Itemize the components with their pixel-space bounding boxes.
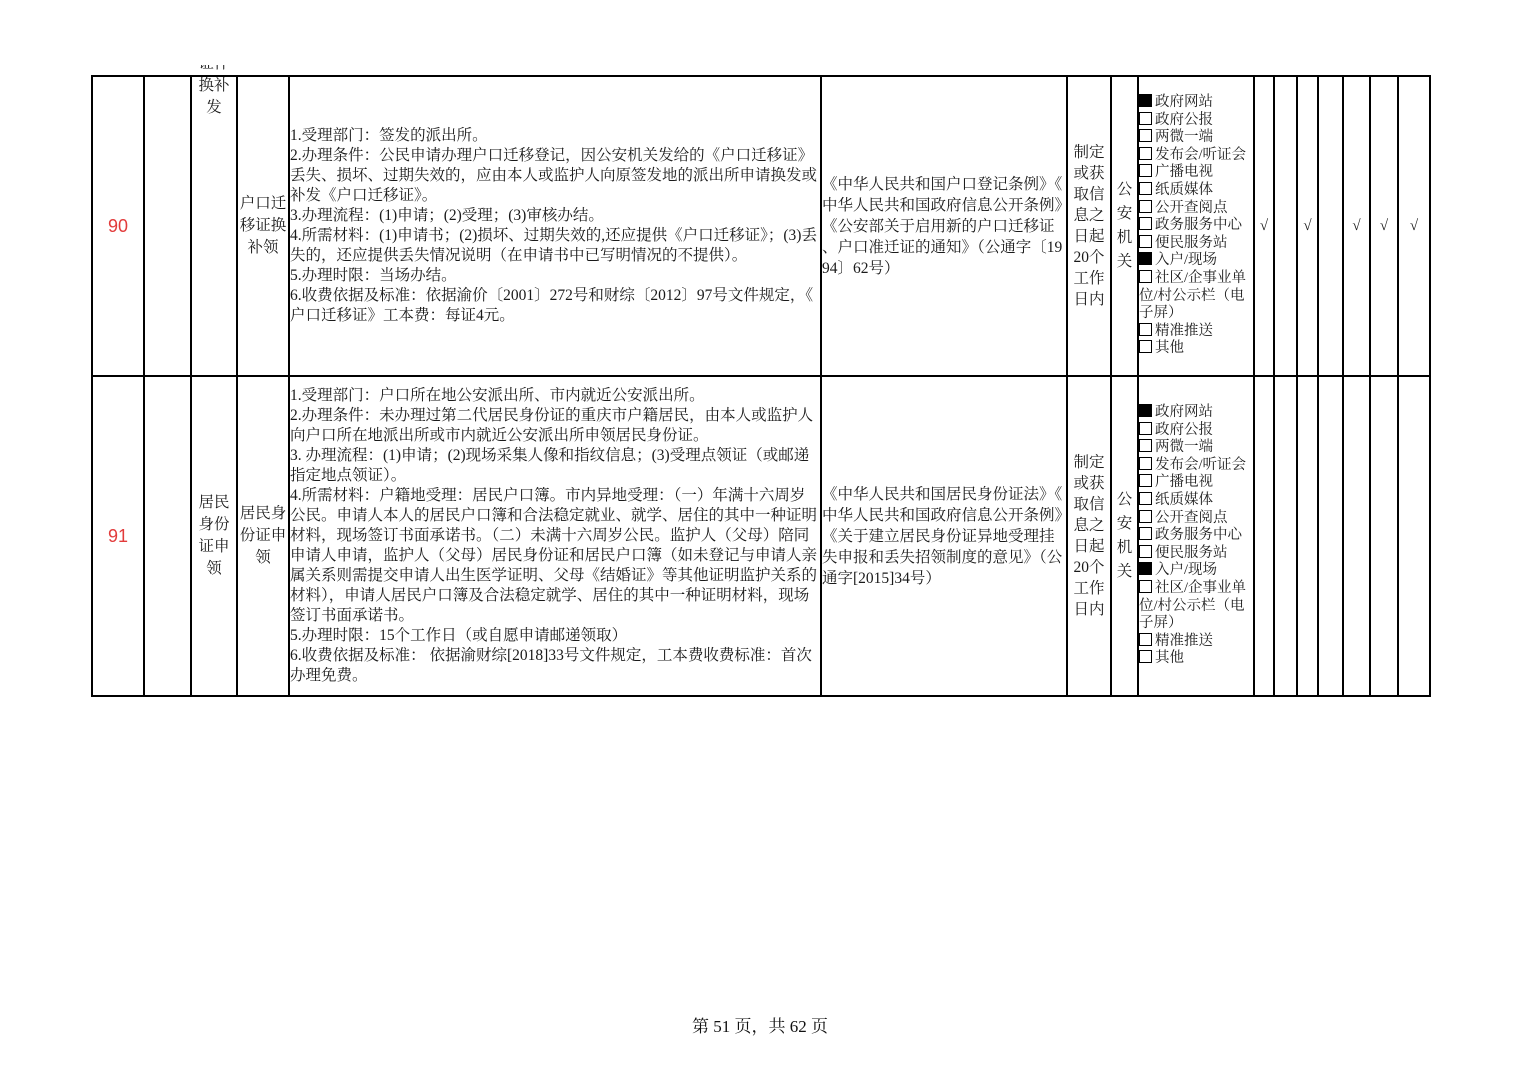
checkmark-cell (1318, 376, 1343, 696)
category-text: 居民身份证申领 (198, 492, 231, 580)
channel-label: 发布会/听证会 (1155, 457, 1246, 473)
time-limit-text: 制定或获取信息之日起20个工作日内 (1073, 142, 1106, 310)
procedure-line: 4.所需材料：(1)申请书；(2)损坏、过期失效的,还应提供《户口迁移证》；(3… (290, 226, 820, 266)
checkbox-icon (1139, 200, 1152, 213)
checkbox-icon (1139, 457, 1152, 470)
procedure-line: 2.办理条件：公民申请办理户口迁移登记，因公安机关发给的《户口迁移证》丢失、损坏… (290, 146, 820, 206)
checkbox-icon (1139, 270, 1152, 283)
checkbox-icon (1139, 562, 1152, 575)
legal-basis-cell: 《中华人民共和国居民身份证法》《中华人民共和国政府信息公开条例》《关于建立居民身… (821, 376, 1067, 696)
channels-cell: 政府网站 政府公报 两微一端 发布会/听证会 广播电视 纸质媒体 公开查阅点 政… (1138, 376, 1254, 696)
procedure-line: 5.办理时限：15个工作日（或自愿申请邮递领取） (290, 626, 820, 646)
procedure-cell: 1.受理部门：签发的派出所。 2.办理条件：公民申请办理户口迁移登记，因公安机关… (289, 76, 821, 376)
channel-item: 入户/现场 (1139, 252, 1253, 270)
channel-item: 政府网站 (1139, 94, 1253, 112)
channel-item: 入户/现场 (1139, 562, 1253, 580)
time-limit-cell: 制定或获取信息之日起20个工作日内 (1067, 76, 1111, 376)
checkmark-cell (1318, 76, 1343, 376)
item-name-cell: 户口迁移证换补领 (237, 76, 289, 376)
channel-label: 政府网站 (1155, 404, 1213, 420)
checkbox-icon (1139, 182, 1152, 195)
table-row: 90 证件 换补发 户口迁移证换补领 1.受理部门：签发的派出所。 2.办理条件… (92, 76, 1430, 376)
channel-item: 精准推送 (1139, 633, 1253, 651)
channel-label: 公开查阅点 (1155, 510, 1228, 526)
channel-label: 其他 (1155, 650, 1184, 666)
spacer-cell (144, 376, 191, 696)
checkbox-icon (1139, 404, 1152, 417)
procedure-line: 4.所需材料：户籍地受理：居民户口簿。市内异地受理：（一）年满十六周岁公民。申请… (290, 486, 820, 626)
channel-label: 纸质媒体 (1155, 182, 1213, 198)
item-name-text: 居民身份证申领 (239, 503, 287, 569)
channel-item: 两微一端 (1139, 439, 1253, 457)
item-name-text: 户口迁移证换补领 (239, 193, 287, 259)
checkbox-icon (1139, 323, 1152, 336)
channel-item: 两微一端 (1139, 129, 1253, 147)
checkmark-cell (1274, 376, 1297, 696)
checkmark: √ (1303, 218, 1311, 234)
checkmark-cell (1297, 376, 1318, 696)
agency-text: 公安机关 (1116, 488, 1133, 584)
channel-label: 政府公报 (1155, 422, 1213, 438)
checkbox-icon (1139, 650, 1152, 663)
channel-label: 其他 (1155, 340, 1184, 356)
checkbox-icon (1139, 545, 1152, 558)
page-number-footer: 第 51 页，共 62 页 (0, 1012, 1520, 1037)
checkbox-icon (1139, 340, 1152, 353)
procedure-cell: 1.受理部门：户口所在地公安派出所、市内就近公安派出所。 2.办理条件：未办理过… (289, 376, 821, 696)
document-page: 90 证件 换补发 户口迁移证换补领 1.受理部门：签发的派出所。 2.办理条件… (0, 0, 1520, 1074)
checkbox-icon (1139, 217, 1152, 230)
checkbox-icon (1139, 147, 1152, 160)
spacer-cell (144, 76, 191, 376)
checkbox-icon (1139, 422, 1152, 435)
procedure-line: 6.收费依据及标准：依据渝价〔2001〕272号和财综〔2012〕97号文件规定… (290, 286, 820, 326)
table-row: 91 居民身份证申领 居民身份证申领 1.受理部门：户口所在地公安派出所、市内就… (92, 376, 1430, 696)
checkbox-icon (1139, 252, 1152, 265)
category-text: 证件 换补发 (192, 65, 236, 119)
channel-label: 纸质媒体 (1155, 492, 1213, 508)
channel-label: 政府公报 (1155, 112, 1213, 128)
channel-label: 两微一端 (1155, 439, 1213, 455)
procedure-line: 1.受理部门：户口所在地公安派出所、市内就近公安派出所。 (290, 386, 820, 406)
channel-label: 精准推送 (1155, 633, 1213, 649)
channel-item: 发布会/听证会 (1139, 147, 1253, 165)
checkbox-icon (1139, 129, 1152, 142)
time-limit-cell: 制定或获取信息之日起20个工作日内 (1067, 376, 1111, 696)
channel-item: 便民服务站 (1139, 545, 1253, 563)
checkbox-icon (1139, 164, 1152, 177)
checkmark: √ (1410, 218, 1418, 234)
agency-cell: 公安机关 (1111, 376, 1138, 696)
agency-text: 公安机关 (1116, 178, 1133, 274)
checkbox-icon (1139, 235, 1152, 248)
channel-label: 便民服务站 (1155, 235, 1228, 251)
channel-label: 便民服务站 (1155, 545, 1228, 561)
checkmark: √ (1352, 218, 1360, 234)
channel-item: 广播电视 (1139, 474, 1253, 492)
channel-item: 精准推送 (1139, 323, 1253, 341)
checkmark-cell: √ (1343, 76, 1370, 376)
channels-cell: 政府网站 政府公报 两微一端 发布会/听证会 广播电视 纸质媒体 公开查阅点 政… (1138, 76, 1254, 376)
channel-item: 社区/企事业单位/村公示栏（电子屏） (1139, 580, 1253, 633)
procedure-line: 3.办理流程：(1)申请；(2)受理；(3)审核办结。 (290, 206, 820, 226)
checkmark-cell (1274, 76, 1297, 376)
checkmark-cell (1343, 376, 1370, 696)
legal-basis-cell: 《中华人民共和国户口登记条例》《中华人民共和国政府信息公开条例》《公安部关于启用… (821, 76, 1067, 376)
legal-basis-text: 《中华人民共和国户口登记条例》《中华人民共和国政府信息公开条例》《公安部关于启用… (822, 174, 1066, 279)
channel-item: 其他 (1139, 650, 1253, 668)
channel-label: 社区/企事业单位/村公示栏（电子屏） (1139, 580, 1246, 631)
category-cell: 证件 换补发 (191, 76, 237, 376)
checkbox-icon (1139, 94, 1152, 107)
channel-label: 两微一端 (1155, 129, 1213, 145)
procedure-text: 1.受理部门：签发的派出所。 2.办理条件：公民申请办理户口迁移登记，因公安机关… (290, 126, 820, 326)
legal-basis-text: 《中华人民共和国居民身份证法》《中华人民共和国政府信息公开条例》《关于建立居民身… (822, 484, 1066, 589)
seq-cell: 91 (92, 376, 144, 696)
checkmark-cell (1398, 376, 1430, 696)
checkmark-cell: √ (1370, 76, 1398, 376)
checkmark-cell (1254, 376, 1274, 696)
channel-item: 政务服务中心 (1139, 217, 1253, 235)
checkmark: √ (1260, 218, 1268, 234)
category-cell: 居民身份证申领 (191, 376, 237, 696)
time-limit-text: 制定或获取信息之日起20个工作日内 (1073, 452, 1106, 620)
channel-item: 政府公报 (1139, 422, 1253, 440)
channel-label: 入户/现场 (1155, 562, 1217, 578)
agency-cell: 公安机关 (1111, 76, 1138, 376)
channel-label: 精准推送 (1155, 323, 1213, 339)
checkbox-icon (1139, 510, 1152, 523)
checkmark-cell (1370, 376, 1398, 696)
procedure-line: 3. 办理流程：(1)申请；(2)现场采集人像和指纹信息；(3)受理点领证（或邮… (290, 446, 820, 486)
channel-label: 政府网站 (1155, 94, 1213, 110)
checkbox-icon (1139, 112, 1152, 125)
channel-item: 便民服务站 (1139, 235, 1253, 253)
checkbox-icon (1139, 633, 1152, 646)
channel-item: 发布会/听证会 (1139, 457, 1253, 475)
channel-label: 发布会/听证会 (1155, 147, 1246, 163)
item-name-cell: 居民身份证申领 (237, 376, 289, 696)
channel-item: 政务服务中心 (1139, 527, 1253, 545)
checkbox-icon (1139, 439, 1152, 452)
checkmark: √ (1380, 218, 1388, 234)
checkbox-icon (1139, 492, 1152, 505)
procedure-line: 5.办理时限：当场办结。 (290, 266, 820, 286)
channel-item: 政府公报 (1139, 112, 1253, 130)
channel-item: 政府网站 (1139, 404, 1253, 422)
checkmark-cell: √ (1254, 76, 1274, 376)
procedure-text: 1.受理部门：户口所在地公安派出所、市内就近公安派出所。 2.办理条件：未办理过… (290, 386, 820, 686)
channel-label: 广播电视 (1155, 474, 1213, 490)
channel-item: 纸质媒体 (1139, 492, 1253, 510)
channel-item: 公开查阅点 (1139, 510, 1253, 528)
checkbox-icon (1139, 580, 1152, 593)
checkbox-icon (1139, 527, 1152, 540)
channel-label: 公开查阅点 (1155, 200, 1228, 216)
channel-item: 公开查阅点 (1139, 200, 1253, 218)
channel-item: 纸质媒体 (1139, 182, 1253, 200)
procedure-line: 1.受理部门：签发的派出所。 (290, 126, 820, 146)
channel-label: 社区/企事业单位/村公示栏（电子屏） (1139, 270, 1246, 321)
channel-item: 社区/企事业单位/村公示栏（电子屏） (1139, 270, 1253, 323)
channel-label: 政务服务中心 (1155, 217, 1242, 233)
services-table: 90 证件 换补发 户口迁移证换补领 1.受理部门：签发的派出所。 2.办理条件… (91, 75, 1431, 697)
channel-item: 广播电视 (1139, 164, 1253, 182)
procedure-line: 2.办理条件：未办理过第二代居民身份证的重庆市户籍居民，由本人或监护人向户口所在… (290, 406, 820, 446)
checkbox-icon (1139, 474, 1152, 487)
seq-cell: 90 (92, 76, 144, 376)
channel-label: 广播电视 (1155, 164, 1213, 180)
checkmark-cell: √ (1297, 76, 1318, 376)
checkmark-cell: √ (1398, 76, 1430, 376)
channel-label: 入户/现场 (1155, 252, 1217, 268)
category-clipped-line: 证件 (192, 65, 236, 75)
channel-item: 其他 (1139, 340, 1253, 358)
channel-label: 政务服务中心 (1155, 527, 1242, 543)
procedure-line: 6.收费依据及标准： 依据渝财综[2018]33号文件规定，工本费收费标准：首次… (290, 646, 820, 686)
